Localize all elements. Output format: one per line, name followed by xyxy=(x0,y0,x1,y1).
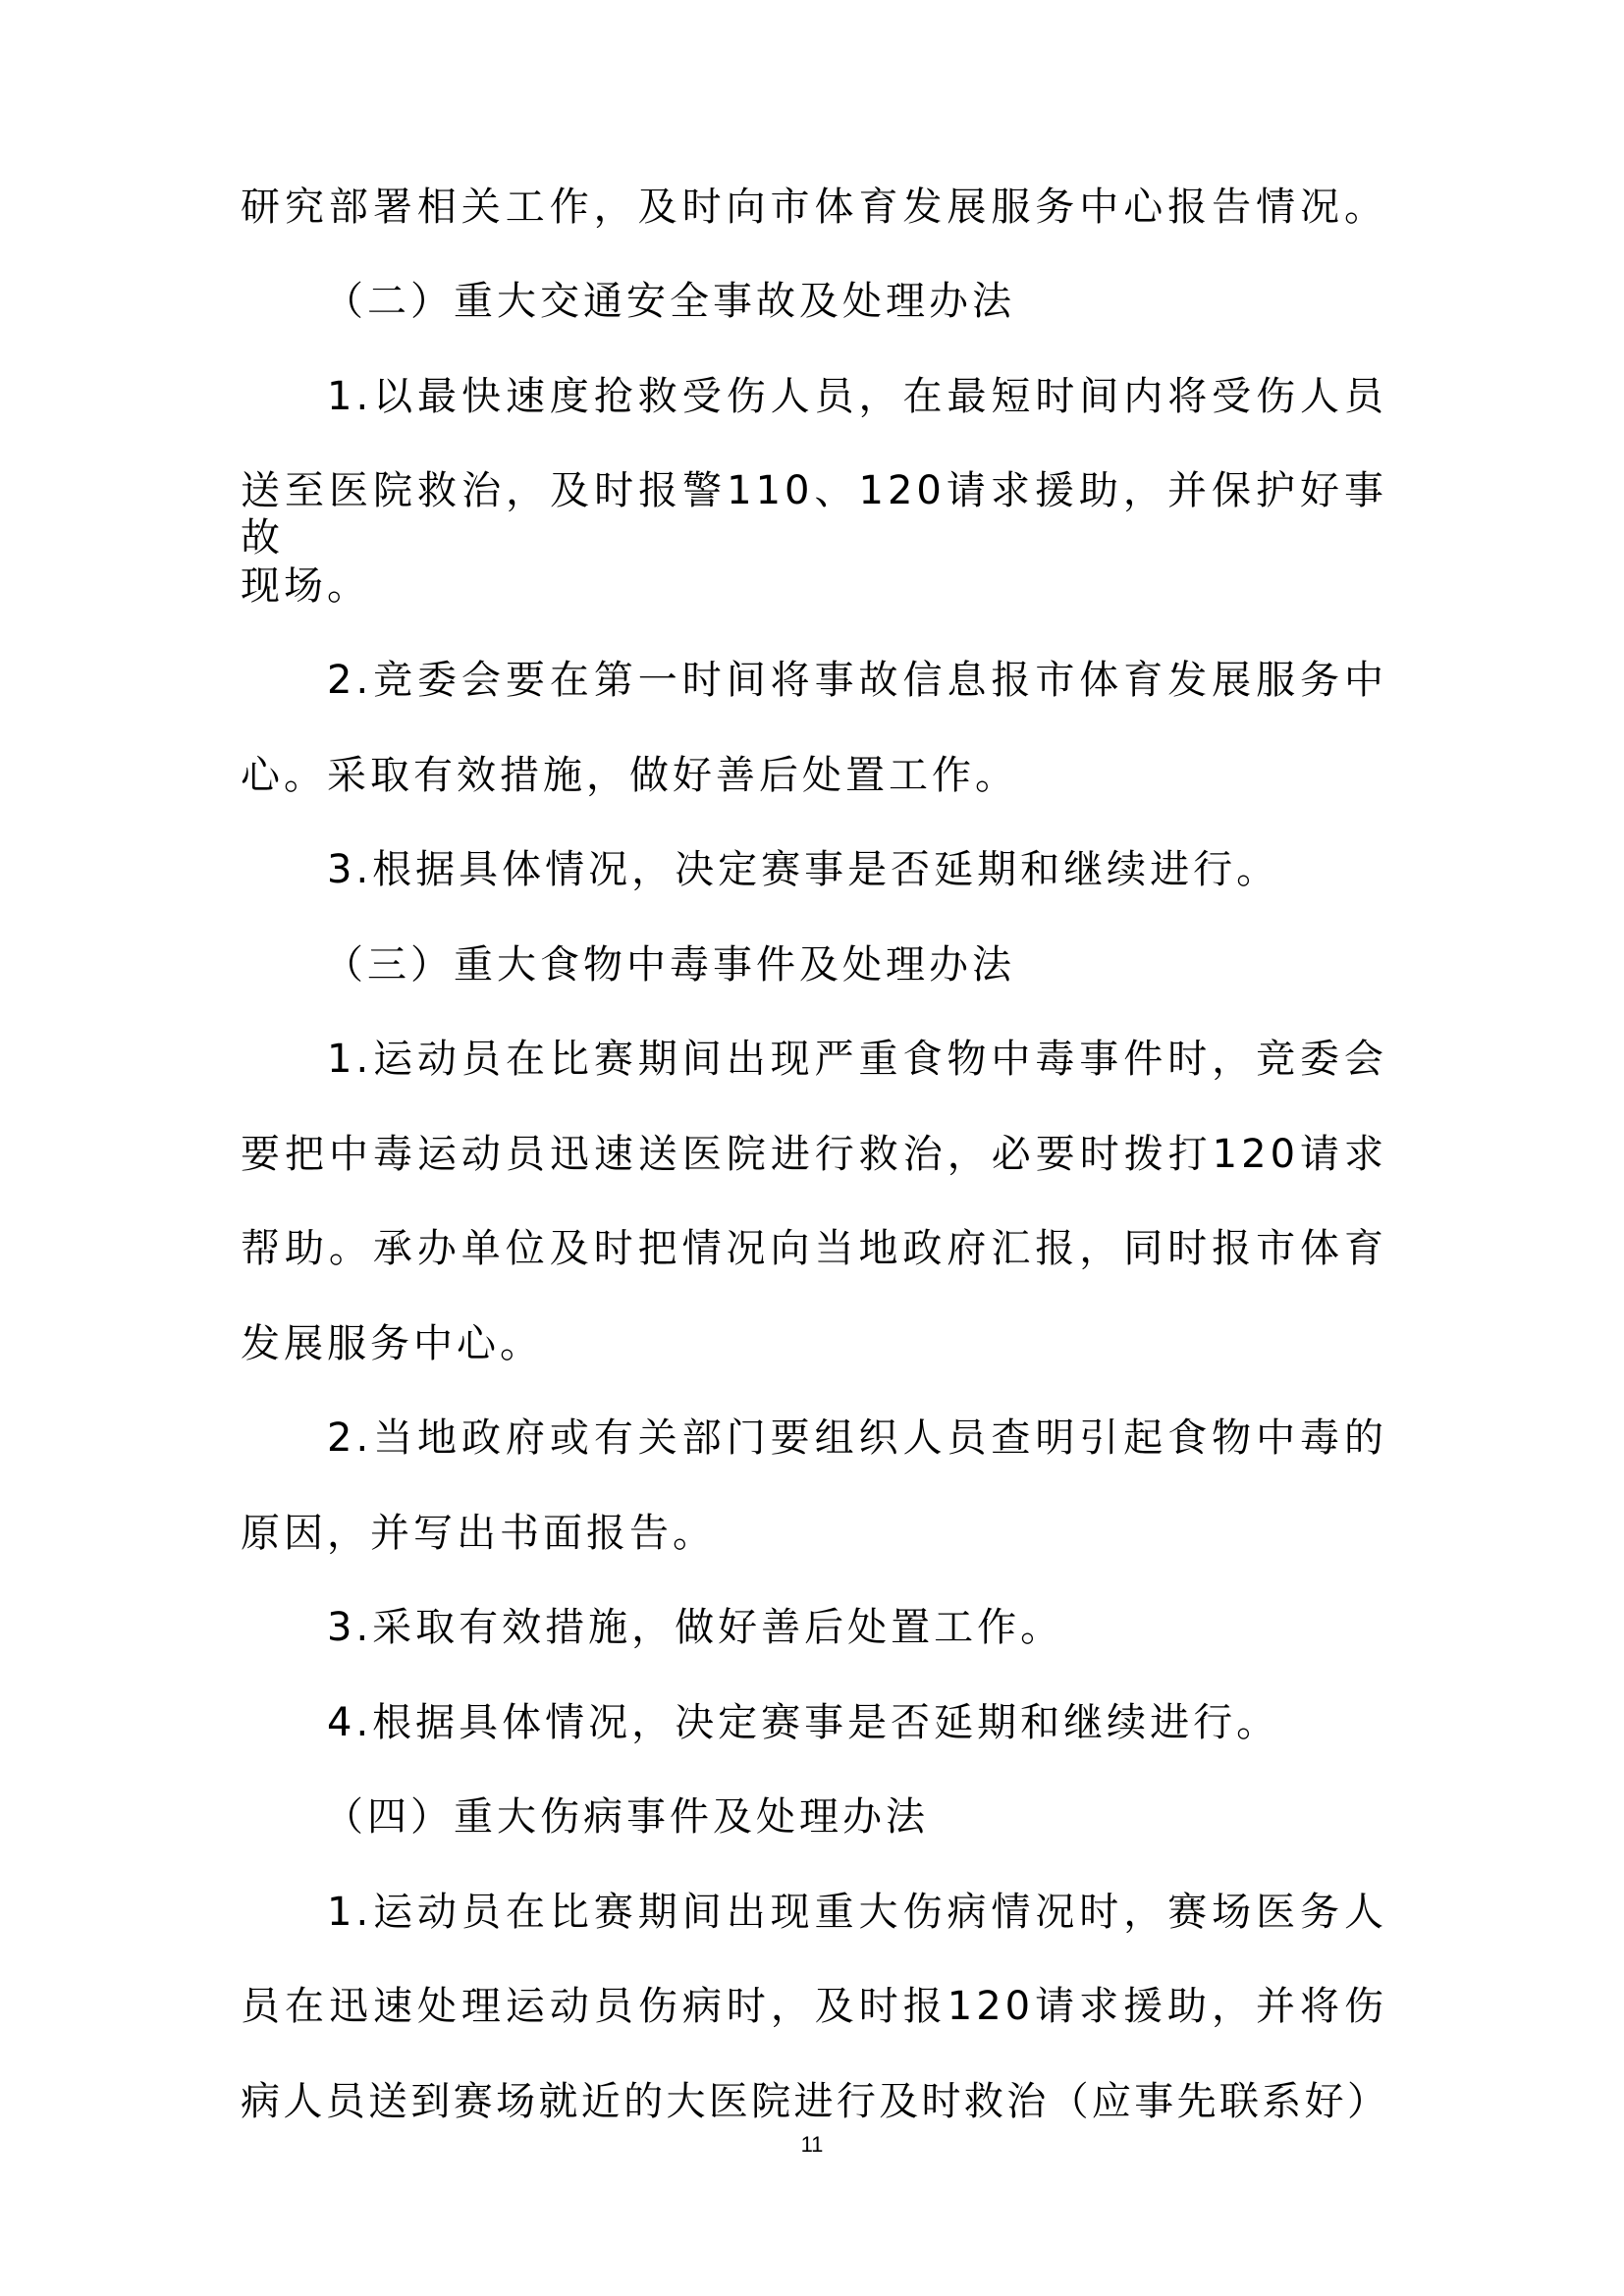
page-number: 11 xyxy=(0,2132,1624,2158)
list-item-line: 1.运动员在比赛期间出现重大伤病情况时，赛场医务人 xyxy=(327,1889,1387,1936)
list-item-line: 2.竞委会要在第一时间将事故信息报市体育发展服务中 xyxy=(327,657,1387,704)
body-text-line: 研究部署相关工作，及时向市体育发展服务中心报告情况。 xyxy=(241,184,1387,231)
section-heading-2: （二）重大交通安全事故及处理办法 xyxy=(324,278,1471,325)
body-text-line: 员在迅速处理运动员伤病时，及时报120请求援助，并将伤 xyxy=(241,1983,1387,2030)
body-text-line: 心。采取有效措施，做好善后处置工作。 xyxy=(241,752,1387,799)
body-text-line: 送至医院救治，及时报警110、120请求援助，并保护好事故 xyxy=(241,467,1387,514)
body-text-line: 要把中毒运动员迅速送医院进行救治，必要时拨打120请求 xyxy=(241,1131,1387,1178)
list-item-line: 1.运动员在比赛期间出现严重食物中毒事件时，竞委会 xyxy=(327,1036,1387,1083)
section-heading-3: （三）重大食物中毒事件及处理办法 xyxy=(324,941,1471,988)
document-page: 研究部署相关工作，及时向市体育发展服务中心报告情况。 （二）重大交通安全事故及处… xyxy=(0,0,1624,2296)
list-item-line: 2.当地政府或有关部门要组织人员查明引起食物中毒的 xyxy=(327,1415,1387,1462)
list-item-line: 3.采取有效措施，做好善后处置工作。 xyxy=(327,1604,1387,1651)
body-text-line: 帮助。承办单位及时把情况向当地政府汇报，同时报市体育 xyxy=(241,1225,1387,1272)
list-item-line: 3.根据具体情况，决定赛事是否延期和继续进行。 xyxy=(327,846,1387,893)
body-text-line: 原因，并写出书面报告。 xyxy=(241,1510,1387,1557)
body-text-line: 发展服务中心。 xyxy=(241,1320,1387,1367)
list-item-line: 4.根据具体情况，决定赛事是否延期和继续进行。 xyxy=(327,1699,1387,1746)
section-heading-4: （四）重大伤病事件及处理办法 xyxy=(324,1793,1471,1841)
body-text-line: 现场。 xyxy=(241,562,1387,610)
list-item-line: 1.以最快速度抢救受伤人员，在最短时间内将受伤人员 xyxy=(327,373,1387,420)
body-text-line: 病人员送到赛场就近的大医院进行及时救治（应事先联系好） xyxy=(241,2078,1387,2125)
